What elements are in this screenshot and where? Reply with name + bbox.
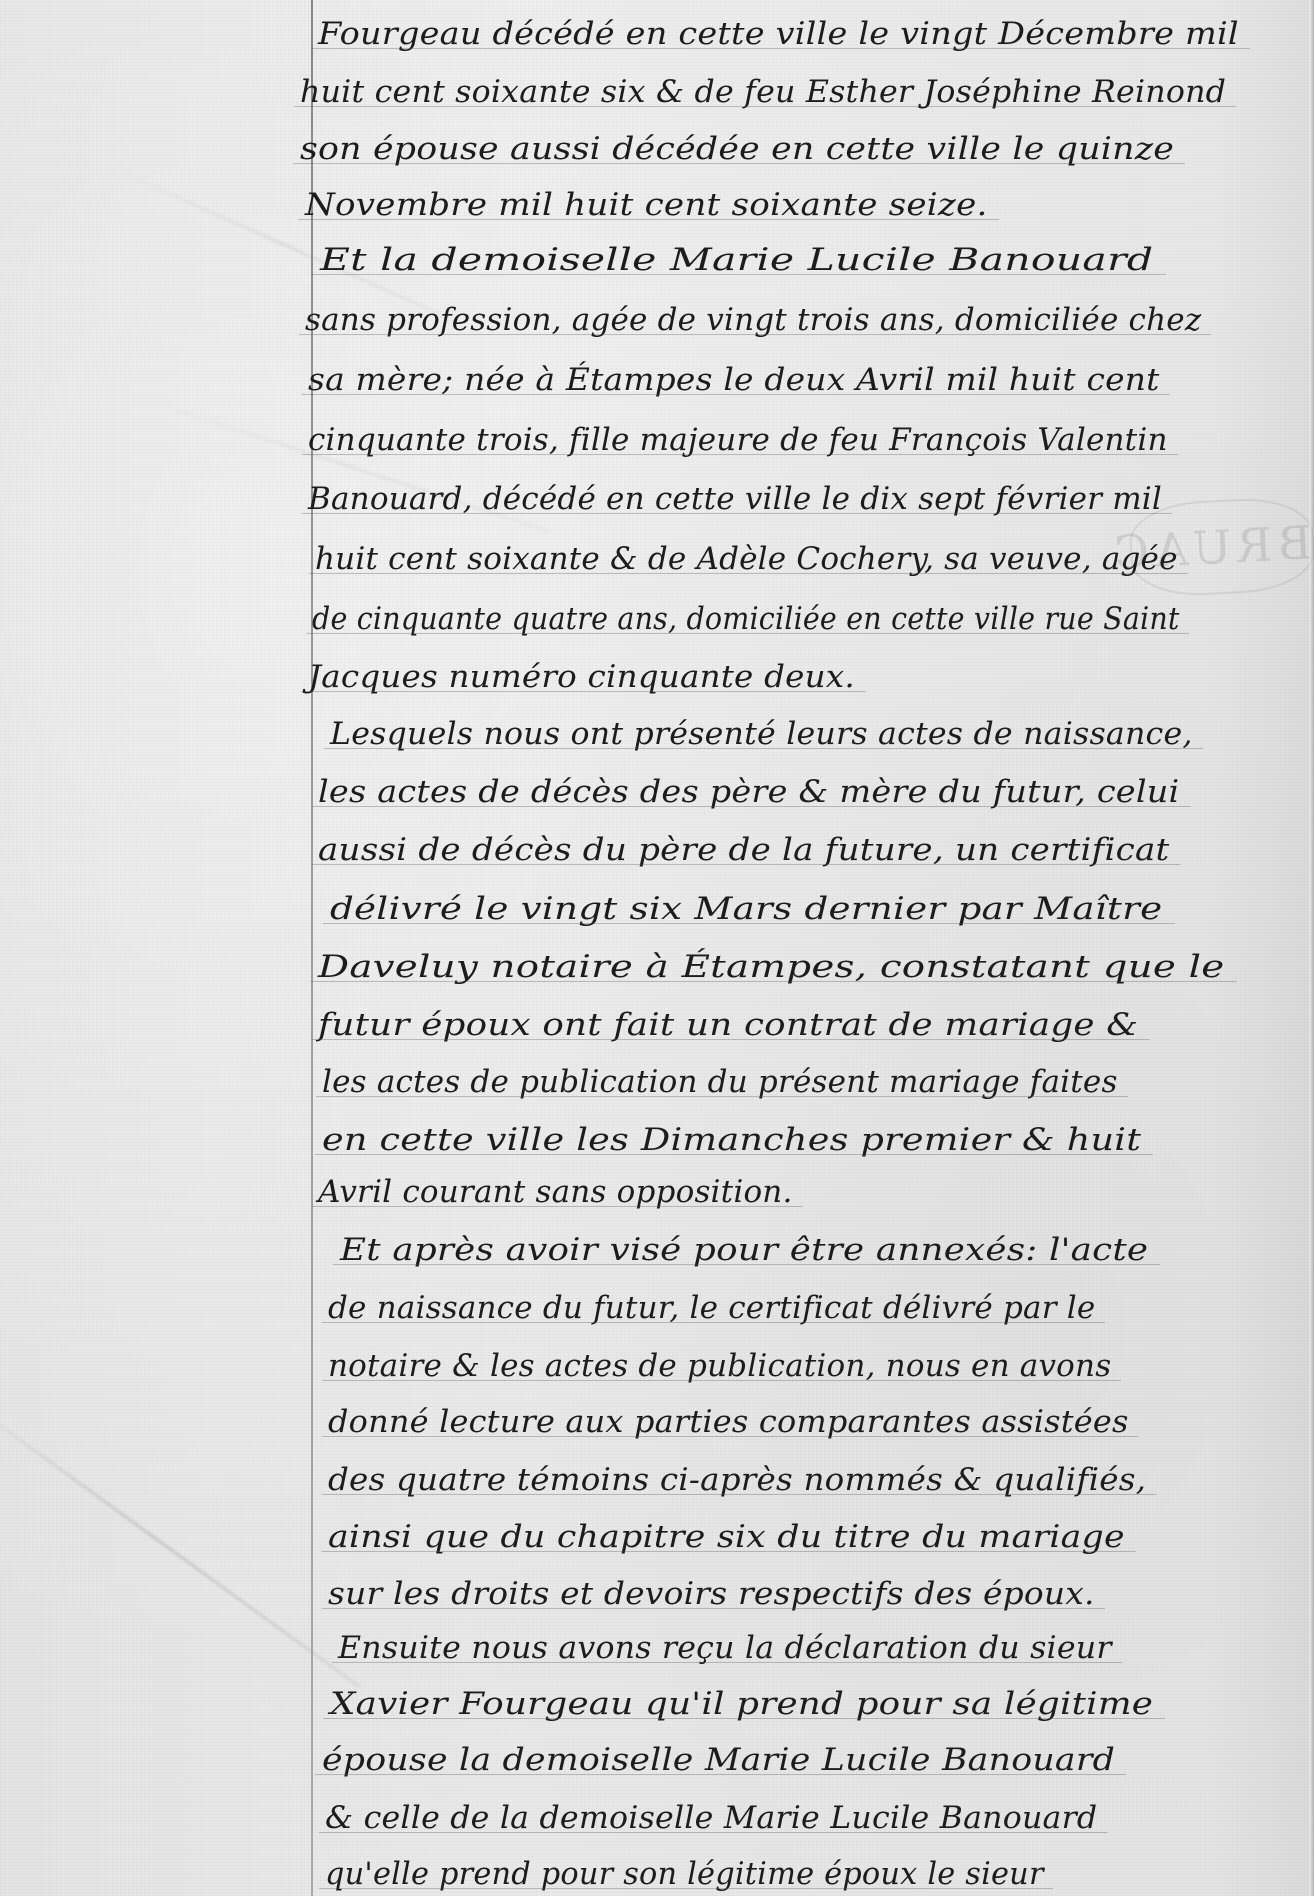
text-line: Novembre mil huit cent soixante seize. — [305, 183, 988, 227]
text-line: sans profession, agée de vingt trois ans… — [305, 298, 1201, 342]
text-line: Et la demoiselle Marie Lucile Banouard — [320, 238, 1153, 282]
text-line: Daveluy notaire à Étampes, constatant qu… — [318, 945, 1224, 989]
text-line: Banouard, décédé en cette ville le dix s… — [308, 477, 1162, 521]
text-line: de naissance du futur, le certificat dél… — [328, 1286, 1095, 1330]
text-line: son épouse aussi décédée en cette ville … — [300, 127, 1174, 171]
text-line: futur époux ont fait un contrat de maria… — [318, 1003, 1138, 1047]
text-line: notaire & les actes de publication, nous… — [328, 1344, 1111, 1388]
text-line: Lesquels nous ont présenté leurs actes d… — [330, 712, 1193, 756]
text-line: qu'elle prend pour son légitime époux le… — [325, 1852, 1044, 1896]
text-line: de cinquante quatre ans, domiciliée en c… — [312, 597, 1180, 641]
text-line: Ensuite nous avons reçu la déclaration d… — [338, 1626, 1112, 1670]
text-line: délivré le vingt six Mars dernier par Ma… — [330, 887, 1162, 931]
text-line: & celle de la demoiselle Marie Lucile Ba… — [325, 1796, 1097, 1840]
text-line: ainsi que du chapitre six du titre du ma… — [328, 1515, 1125, 1559]
text-line: en cette ville les Dimanches premier & h… — [322, 1118, 1141, 1162]
text-line: donné lecture aux parties comparantes as… — [328, 1400, 1129, 1444]
text-line: aussi de décès du père de la future, un … — [318, 828, 1169, 872]
document-page: BRUAC Fourgeau décédé en cette ville le … — [0, 0, 1314, 1896]
text-line: les actes de publication du présent mari… — [322, 1060, 1118, 1104]
text-line: cinquante trois, fille majeure de feu Fr… — [308, 418, 1168, 462]
text-line: huit cent soixante six & de feu Esther J… — [300, 70, 1226, 114]
text-line: sur les droits et devoirs respectifs des… — [328, 1572, 1095, 1616]
text-line: huit cent soixante & de Adèle Cochery, s… — [315, 537, 1178, 581]
text-line: épouse la demoiselle Marie Lucile Banoua… — [322, 1738, 1115, 1782]
text-line: Jacques numéro cinquante deux. — [308, 655, 855, 699]
text-line: des quatre témoins ci-après nommés & qua… — [328, 1458, 1146, 1502]
text-line: Xavier Fourgeau qu'il prend pour sa légi… — [330, 1682, 1153, 1726]
text-line: les actes de décès des père & mère du fu… — [318, 770, 1179, 814]
text-line: sa mère; née à Étampes le deux Avril mil… — [308, 358, 1160, 402]
text-line: Et après avoir visé pour être annexés: l… — [340, 1228, 1148, 1272]
text-line: Avril courant sans opposition. — [318, 1170, 793, 1214]
handwritten-text: Fourgeau décédé en cette ville le vingt … — [0, 0, 1314, 1896]
text-line: Fourgeau décédé en cette ville le vingt … — [318, 12, 1239, 56]
